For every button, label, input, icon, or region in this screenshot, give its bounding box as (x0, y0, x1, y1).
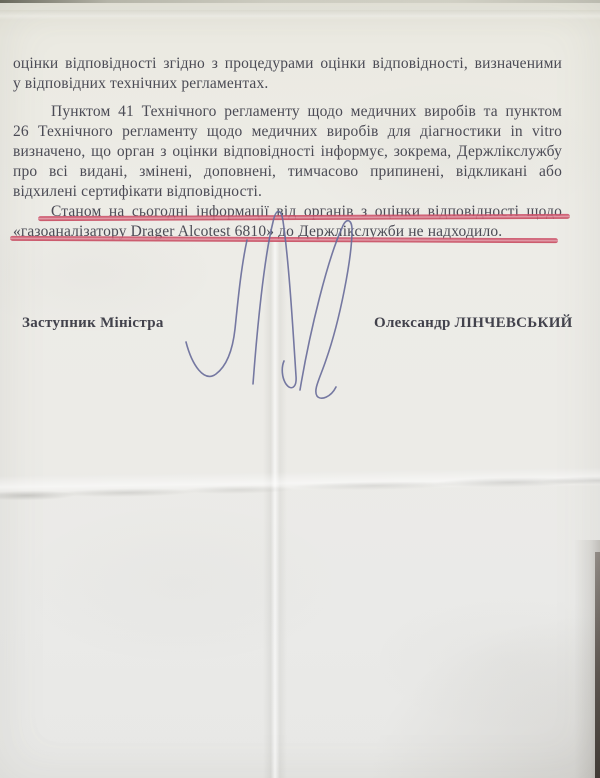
handwritten-signature (150, 200, 380, 405)
text-line: Пунктом 41 Технічного регламенту щодо ме… (13, 102, 562, 122)
signer-name: Олександр ЛІНЧЕВСЬКИЙ (374, 315, 573, 332)
signature-stroke-middle-loop (253, 211, 296, 387)
text-line: у відповідних технічних регламентах. (13, 74, 562, 94)
paragraph-2: Пунктом 41 Технічного регламенту щодо ме… (13, 102, 562, 202)
signer-title: Заступник Міністра (22, 315, 164, 332)
paper-corner-shading (360, 608, 600, 778)
text-line: про всі видані, змінені, доповнені, тимч… (13, 162, 562, 182)
scanned-letter-page: оцінки відповідності згідно з процедурам… (0, 0, 600, 778)
signature-stroke-right-loop (300, 221, 352, 398)
text-line: оцінки відповідності згідно з процедурам… (13, 54, 562, 74)
text-line: відхилені сертифікати відповідності. (13, 182, 562, 202)
signature-stroke-left (186, 240, 247, 376)
paragraph-1: оцінки відповідності згідно з процедурам… (13, 54, 562, 94)
text-line: визначено, що орган з оцінки відповіднос… (13, 142, 562, 162)
text-line: 26 Технічного регламенту щодо медичних в… (13, 122, 562, 142)
